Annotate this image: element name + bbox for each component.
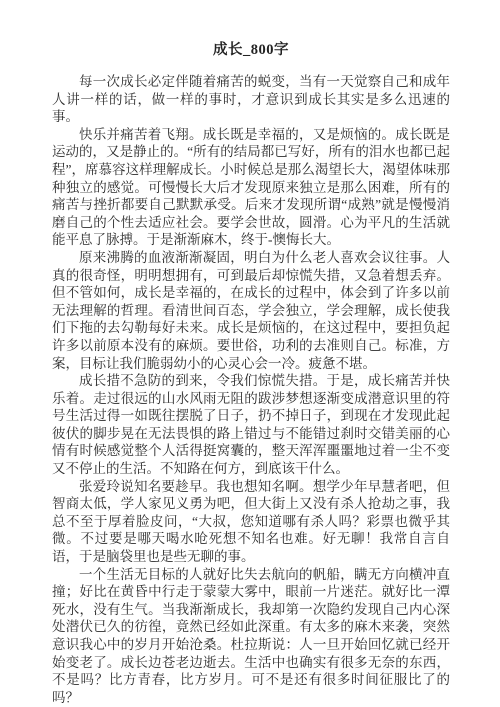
paragraph-2: 快乐并痛苦着飞翔。成长既是幸福的，又是烦恼的。成长既是运动的，又是静止的。“所有… [52,126,450,249]
paragraph-6: 一个生活无目标的人就好比失去航向的帆船，瞒无方向横冲直撞；好比在黄昏中行走于蒙蒙… [52,566,450,707]
paragraph-1: 每一次成长必定伴随着痛苦的蜕变，当有一天觉察自己和成年人讲一样的话，做一样的事时… [52,73,450,126]
paragraph-3: 原来沸腾的血液渐渐凝固，明白为什么老人喜欢会议往事。人真的很奇怪，明明想拥有，可… [52,249,450,372]
document-page: 成长_800字 每一次成长必定伴随着痛苦的蜕变，当有一天觉察自己和成年人讲一样的… [0,0,500,707]
paragraph-4: 成长措不急防的到来，令我们惊慌失措。于是，成长痛苦并快乐着。走过很远的山水风雨无… [52,372,450,478]
document-title: 成长_800字 [52,38,450,59]
document-body: 每一次成长必定伴随着痛苦的蜕变，当有一天觉察自己和成年人讲一样的话，做一样的事时… [52,73,450,706]
paragraph-5: 张爱玲说知名要趁早。我也想知名啊。想学少年早慧者吧，但智商太低，学人家见义勇为吧… [52,478,450,566]
